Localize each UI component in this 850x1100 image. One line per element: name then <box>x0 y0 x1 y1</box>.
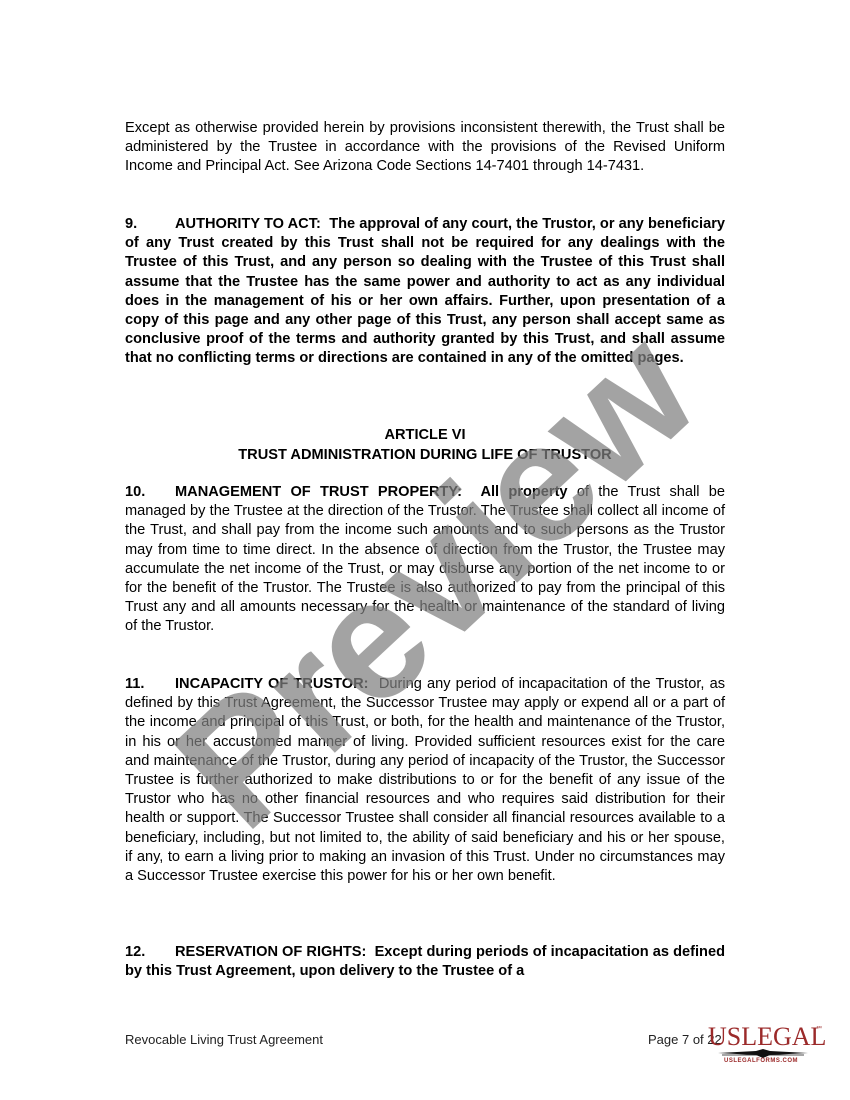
section-9: 9.AUTHORITY TO ACT: The approval of any … <box>125 215 725 369</box>
logo-trademark: ™ <box>816 1026 822 1032</box>
section-number: 10. <box>125 483 175 502</box>
section-number: 9. <box>125 215 175 234</box>
uslegal-logo: USLEGAL ™ USLEGALFORMS.COM <box>706 1024 821 1068</box>
document-page: Except as otherwise provided herein by p… <box>0 0 850 1100</box>
section-11: 11.INCAPACITY OF TRUSTOR: During any per… <box>125 675 725 886</box>
section-text: of the Trust shall be managed by the Tru… <box>125 484 725 634</box>
section-text: During any period of incapacitation of t… <box>125 676 725 884</box>
section-heading: RESERVATION OF RIGHTS: <box>175 944 366 960</box>
article-subtitle: TRUST ADMINISTRATION DURING LIFE OF TRUS… <box>125 445 725 465</box>
logo-url: USLEGALFORMS.COM <box>724 1058 798 1064</box>
section-heading: MANAGEMENT OF TRUST PROPERTY: <box>175 484 462 500</box>
intro-paragraph: Except as otherwise provided herein by p… <box>125 119 725 177</box>
section-bold-lead: All property <box>480 484 567 500</box>
section-heading: INCAPACITY OF TRUSTOR: <box>175 676 369 692</box>
section-heading: AUTHORITY TO ACT: <box>175 216 321 232</box>
section-10: 10.MANAGEMENT OF TRUST PROPERTY: All pro… <box>125 483 725 637</box>
section-12: 12.RESERVATION OF RIGHTS: Except during … <box>125 943 725 981</box>
section-text: The approval of any court, the Trustor, … <box>125 216 725 366</box>
article-title: ARTICLE VI <box>125 425 725 445</box>
section-number: 11. <box>125 675 175 694</box>
footer-document-title: Revocable Living Trust Agreement <box>125 1032 323 1047</box>
section-number: 12. <box>125 943 175 962</box>
intro-paragraph-block: Except as otherwise provided herein by p… <box>125 119 725 177</box>
eagle-wings-icon <box>718 1049 808 1058</box>
logo-brand-text: USLEGAL <box>708 1024 826 1050</box>
